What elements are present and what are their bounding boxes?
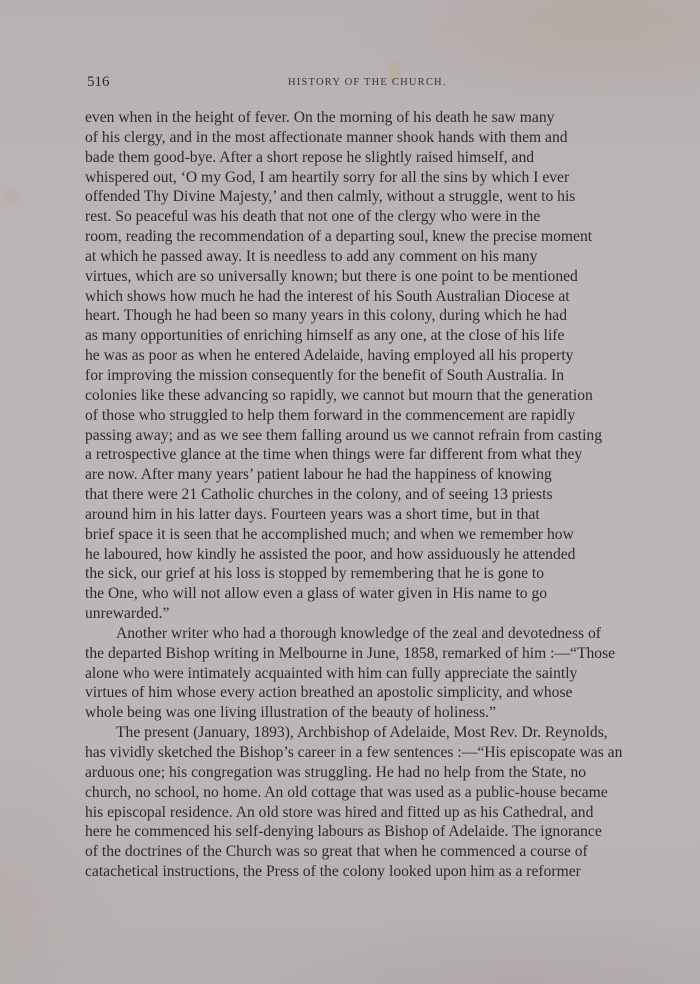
text-line: virtues of him whose every action breath… (85, 683, 659, 703)
text-line: whispered out, ‘O my God, I am heartily … (85, 168, 659, 188)
text-line: the departed Bishop writing in Melbourne… (85, 644, 659, 664)
text-line: the One, who will not allow even a glass… (85, 584, 659, 604)
text-line: that there were 21 Catholic churches in … (85, 485, 659, 505)
paragraph-archbishop-reynolds: The present (January, 1893), Archbishop … (85, 723, 659, 882)
body-text: even when in the height of fever. On the… (85, 108, 659, 882)
text-line: at which he passed away. It is needless … (85, 247, 659, 267)
text-line: around him in his latter days. Fourteen … (85, 505, 659, 525)
paragraph-continuation: even when in the height of fever. On the… (85, 108, 659, 624)
text-line: offended Thy Divine Majesty,’ and then c… (85, 187, 659, 207)
text-line: he laboured, how kindly he assisted the … (85, 545, 659, 565)
text-line: which shows how much he had the interest… (85, 287, 659, 307)
text-line: even when in the height of fever. On the… (85, 108, 659, 128)
paper-stain (2, 190, 20, 206)
text-line: bade them good-bye. After a short repose… (85, 148, 659, 168)
text-line: of the doctrines of the Church was so gr… (85, 842, 659, 862)
text-line: of those who struggled to help them forw… (85, 406, 659, 426)
page-number: 516 (87, 74, 110, 91)
running-header: 516 HISTORY OF THE CHURCH. (85, 72, 659, 94)
text-line: heart. Though he had been so many years … (85, 306, 659, 326)
text-line: colonies like these advancing so rapidly… (85, 386, 659, 406)
text-line: as many opportunities of enriching himse… (85, 326, 659, 346)
text-line: church, no school, no home. An old cotta… (85, 783, 659, 803)
text-line: Another writer who had a thorough knowle… (85, 624, 659, 644)
text-line: his episcopal residence. An old store wa… (85, 803, 659, 823)
text-line: has vividly sketched the Bishop’s career… (85, 743, 659, 763)
text-line: The present (January, 1893), Archbishop … (85, 723, 659, 743)
text-line: arduous one; his congregation was strugg… (85, 763, 659, 783)
running-title: HISTORY OF THE CHURCH. (288, 77, 447, 88)
text-line: passing away; and as we see them falling… (85, 426, 659, 446)
text-line: of his clergy, and in the most affection… (85, 128, 659, 148)
text-line: are now. After many years’ patient labou… (85, 465, 659, 485)
text-line: alone who were intimately acquainted wit… (85, 664, 659, 684)
text-line: catachetical instructions, the Press of … (85, 862, 659, 882)
text-line: whole being was one living illustration … (85, 703, 659, 723)
text-line: unrewarded.” (85, 604, 659, 624)
text-line: a retrospective glance at the time when … (85, 445, 659, 465)
text-line: room, reading the recommendation of a de… (85, 227, 659, 247)
text-line: the sick, our grief at his loss is stopp… (85, 564, 659, 584)
book-page: 516 HISTORY OF THE CHURCH. even when in … (85, 72, 659, 882)
text-line: for improving the mission consequently f… (85, 366, 659, 386)
text-line: brief space it is seen that he accomplis… (85, 525, 659, 545)
text-line: here he commenced his self-denying labou… (85, 822, 659, 842)
paragraph-another-writer: Another writer who had a thorough knowle… (85, 624, 659, 723)
text-line: he was as poor as when he entered Adelai… (85, 346, 659, 366)
text-line: rest. So peaceful was his death that not… (85, 207, 659, 227)
text-line: virtues, which are so universally known;… (85, 267, 659, 287)
